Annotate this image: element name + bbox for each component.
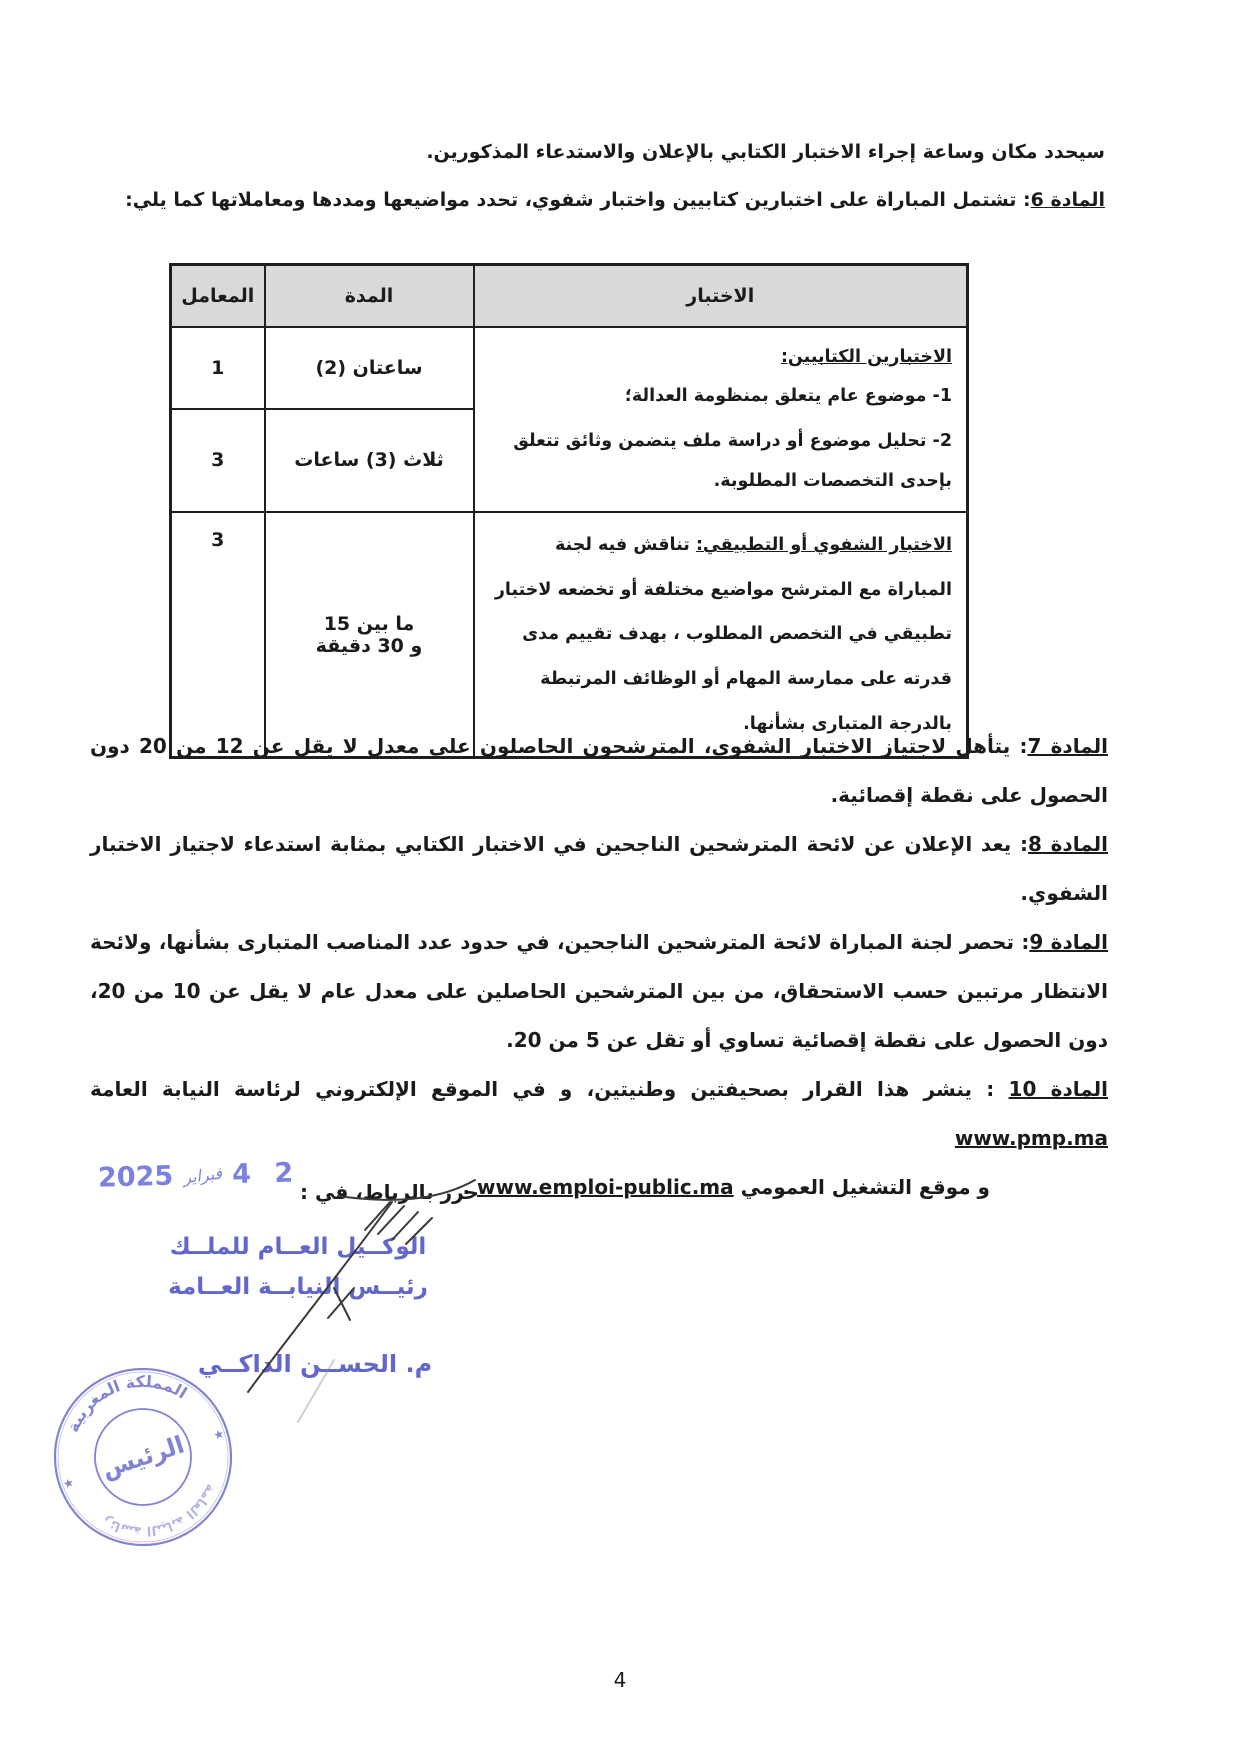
- signatory-title-1: الوكــيل العــام للملــك: [162, 1234, 434, 1260]
- page-number: 4: [0, 1668, 1240, 1692]
- stamp-star-icon: ★: [211, 1426, 226, 1443]
- column-header-coefficient: المعامل: [171, 265, 265, 327]
- column-header-duration: المدة: [265, 265, 474, 327]
- article-7-label: المادة 7: [1027, 734, 1108, 758]
- article-7-text: : يتأهل لاجتياز الاختبار الشفوي، المترشح…: [90, 734, 1108, 807]
- table-row-written-1: الاختبارين الكتابيين: 1- موضوع عام يتعلق…: [171, 327, 968, 409]
- stamp-top-text: المملكة المغربية: [53, 1355, 194, 1439]
- article-9-text: : تحصر لجنة المباراة لائحة المترشحين الن…: [90, 930, 1108, 1052]
- oral-exam-cell: الاختبار الشفوي أو التطبيقي: تناقش فيه ل…: [474, 512, 968, 758]
- article-6-label: المادة 6: [1031, 189, 1105, 211]
- coefficient-cell-row2: 3: [171, 409, 265, 512]
- article-8-paragraph: المادة 8: يعد الإعلان عن لائحة المترشحين…: [90, 820, 1108, 918]
- article-8-label: المادة 8: [1028, 832, 1108, 856]
- signatory-title-2: رئيــس النيابــة العــامة: [162, 1274, 434, 1300]
- written-exams-title: الاختبارين الكتابيين:: [489, 338, 953, 377]
- pmp-link[interactable]: www.pmp.ma: [955, 1126, 1108, 1150]
- coefficient-cell-row3: 3: [171, 512, 265, 758]
- date-stamp: 2 4 فبراير 2025: [98, 1157, 301, 1193]
- article-10-text: : ينشر هذا القرار بصحيفتين وطنيتين، و في…: [90, 1077, 1009, 1101]
- duration-row3-line2: و 30 دقيقة: [266, 635, 473, 657]
- article-10-paragraph: المادة 10 : ينشر هذا القرار بصحيفتين وطن…: [90, 1065, 1108, 1163]
- article-10-line2-text: و موقع التشغيل العمومي: [734, 1175, 990, 1199]
- exam-table: الاختبار المدة المعامل الاختبارين الكتاب…: [169, 263, 969, 759]
- intro-paragraph: سيحدد مكان وساعة إجراء الاختبار الكتابي …: [426, 141, 1105, 163]
- table-header-row: الاختبار المدة المعامل: [171, 265, 968, 327]
- written-exam-item-2: 2- تحليل موضوع أو دراسة ملف يتضمن وثائق …: [489, 422, 953, 501]
- date-day: 2 4: [232, 1157, 301, 1190]
- written-exam-item-1: 1- موضوع عام يتعلق بمنظومة العدالة؛: [489, 377, 953, 416]
- oral-exam-text: تناقش فيه لجنة المباراة مع المترشح مواضي…: [495, 535, 952, 734]
- duration-cell-row1: ساعتان (2): [265, 327, 474, 409]
- stamp-center-text: الرئيس: [98, 1431, 187, 1484]
- emploi-public-link[interactable]: www.emploi-public.ma: [477, 1175, 734, 1199]
- article-9-paragraph: المادة 9: تحصر لجنة المباراة لائحة المتر…: [90, 918, 1108, 1065]
- column-header-exam: الاختبار: [474, 265, 968, 327]
- date-year: 2025: [98, 1161, 174, 1194]
- article-7-paragraph: المادة 7: يتأهل لاجتياز الاختبار الشفوي،…: [90, 722, 1108, 820]
- articles-block: المادة 7: يتأهل لاجتياز الاختبار الشفوي،…: [90, 722, 1108, 1212]
- article-9-label: المادة 9: [1029, 930, 1108, 954]
- written-exams-cell: الاختبارين الكتابيين: 1- موضوع عام يتعلق…: [474, 327, 968, 513]
- duration-cell-row3: ما بين 15 و 30 دقيقة: [265, 512, 474, 758]
- svg-text:المملكة المغربية: المملكة المغربية: [53, 1355, 194, 1439]
- article-10-label: المادة 10: [1009, 1077, 1108, 1101]
- duration-cell-row2: ثلاث (3) ساعات: [265, 409, 474, 512]
- article-6-text: : تشتمل المباراة على اختبارين كتابيين وا…: [125, 189, 1031, 211]
- place-date-line: حرر بالرباط، في :: [300, 1180, 479, 1204]
- document-page: سيحدد مكان وساعة إجراء الاختبار الكتابي …: [0, 0, 1240, 1753]
- coefficient-cell-row1: 1: [171, 327, 265, 409]
- official-stamp: المملكة المغربية رئاسة النيابة العامة ال…: [28, 1332, 258, 1582]
- duration-row3-line1: ما بين 15: [266, 613, 473, 635]
- stamp-star-icon: ★: [61, 1475, 76, 1492]
- article-6-paragraph: المادة 6: تشتمل المباراة على اختبارين كت…: [90, 189, 1105, 211]
- article-8-text: : يعد الإعلان عن لائحة المترشحين الناجحي…: [90, 832, 1108, 905]
- table-row-oral: الاختبار الشفوي أو التطبيقي: تناقش فيه ل…: [171, 512, 968, 758]
- date-month: فبراير: [182, 1163, 223, 1187]
- oral-exam-title: الاختبار الشفوي أو التطبيقي:: [696, 535, 952, 555]
- signatory-titles: الوكــيل العــام للملــك رئيــس النيابــ…: [162, 1234, 434, 1314]
